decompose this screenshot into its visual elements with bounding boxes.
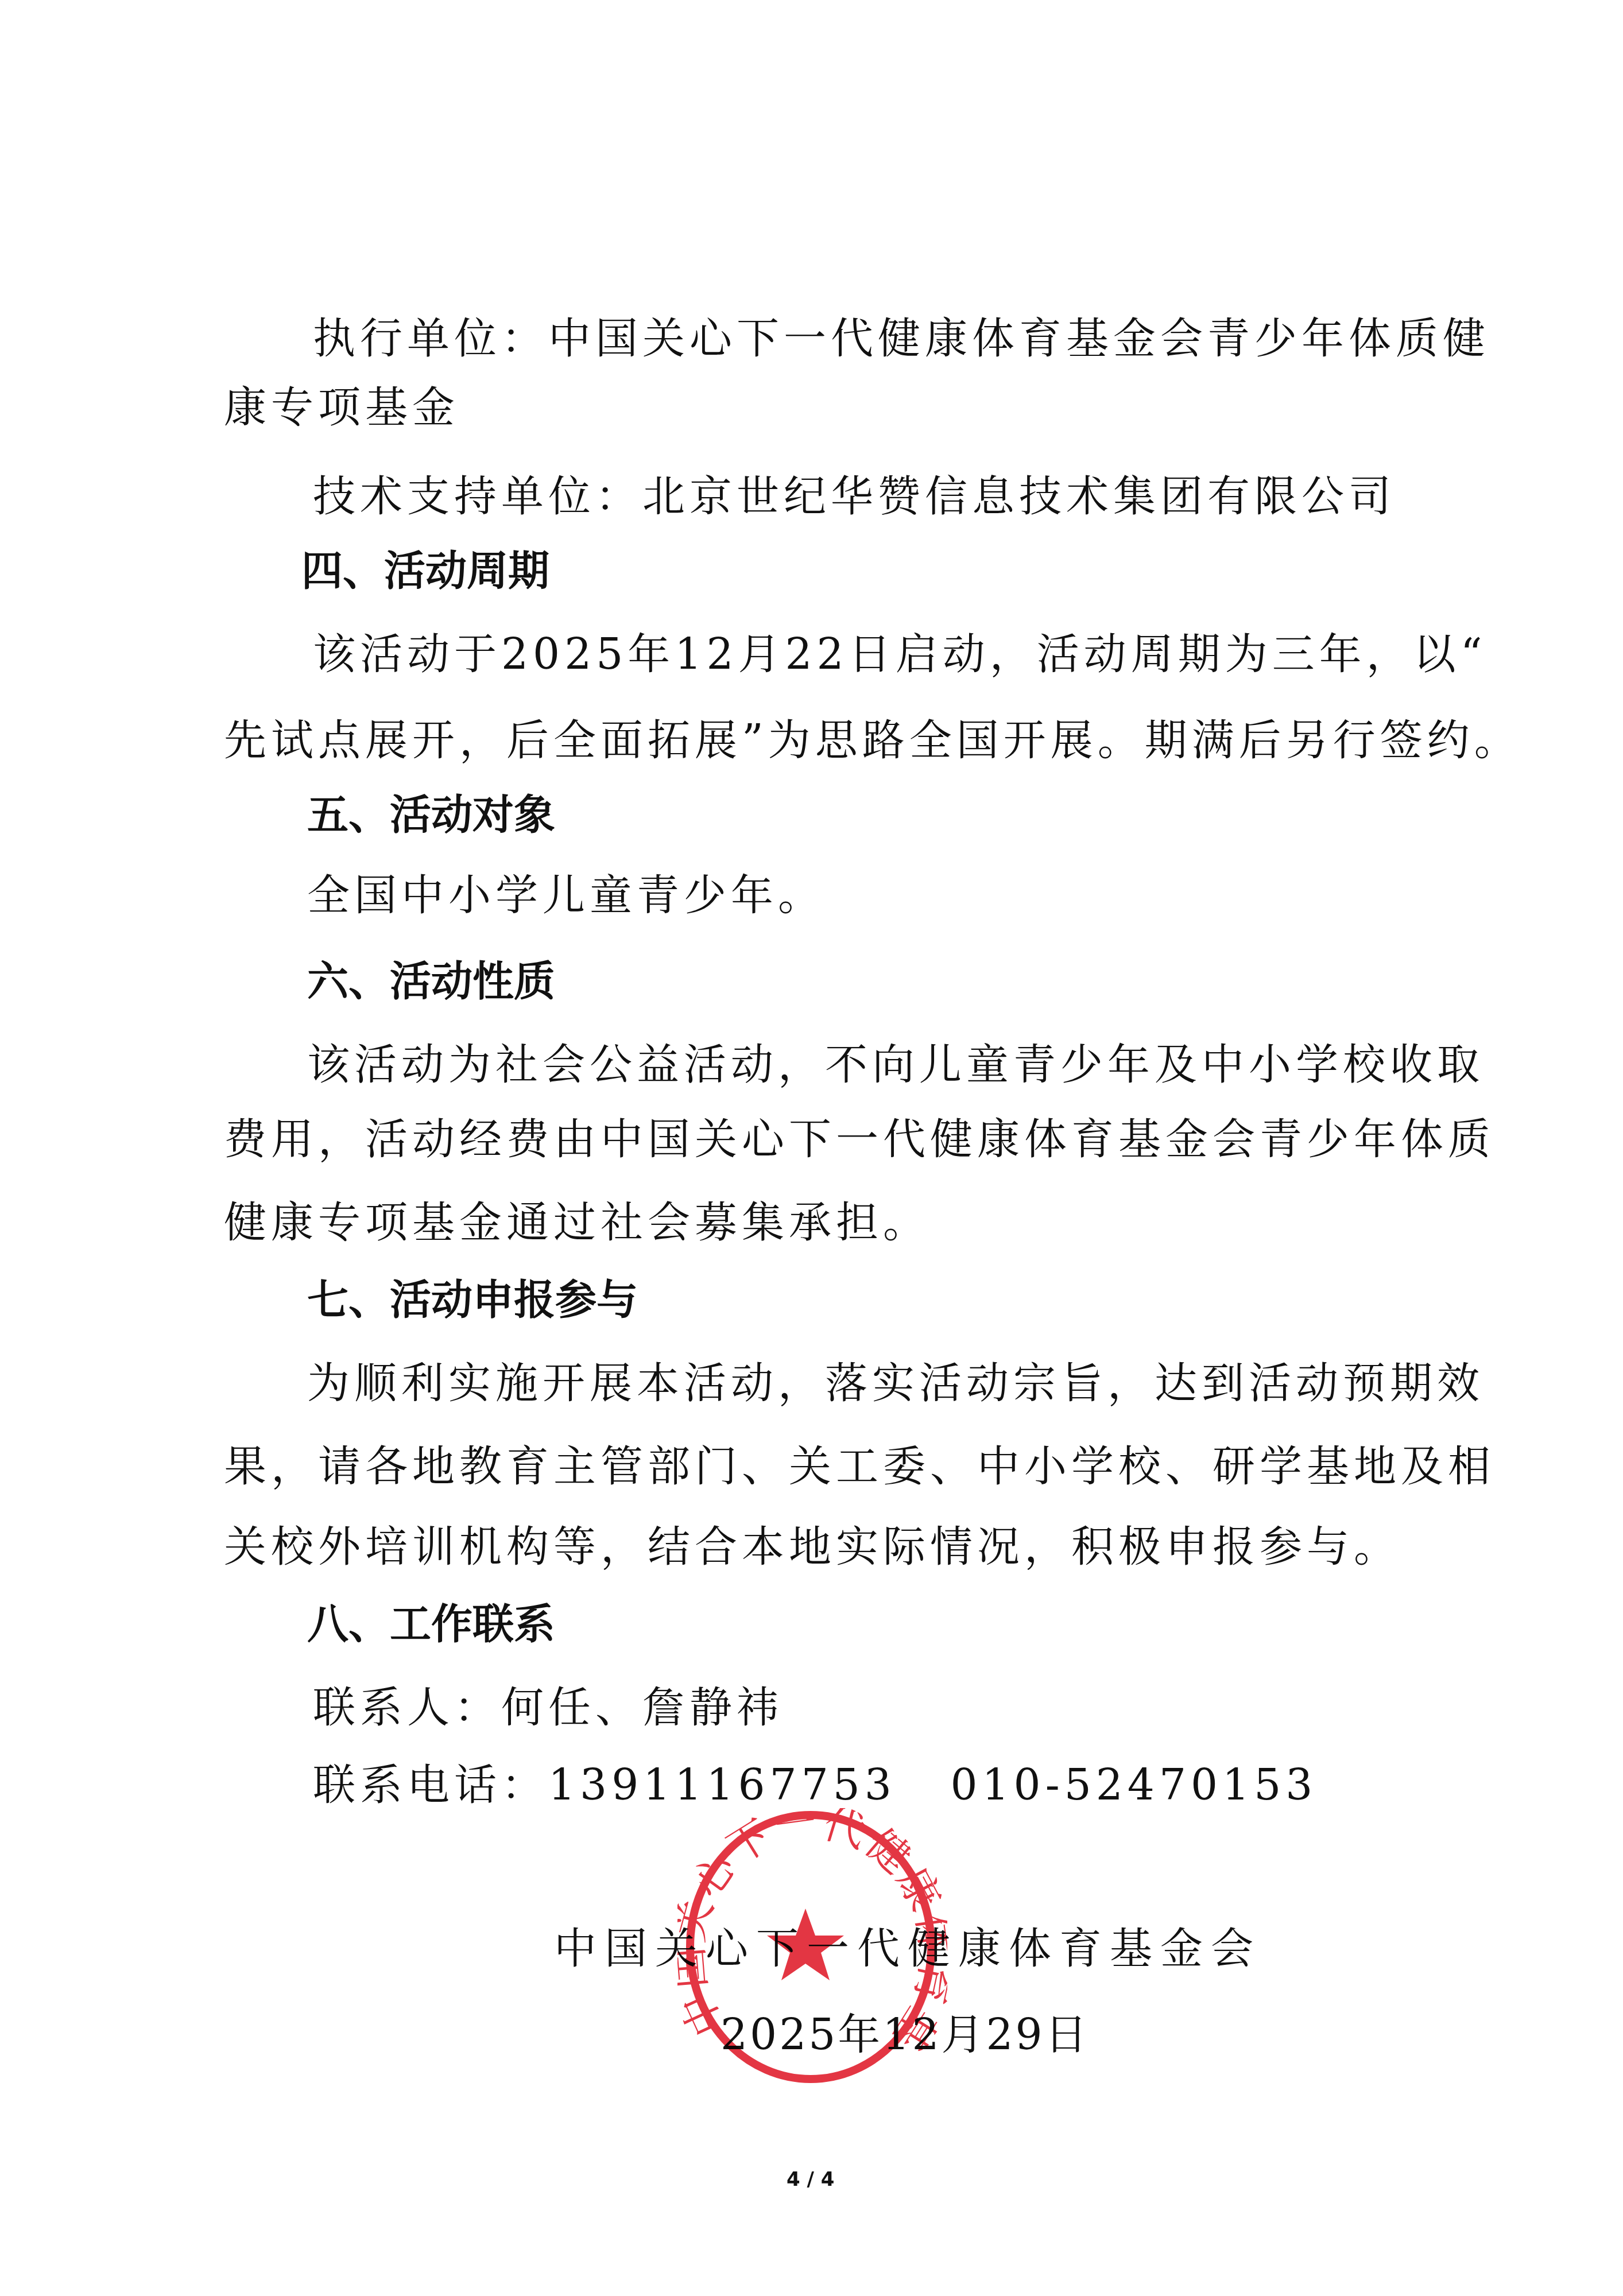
paragraph-line: 先试点展开，后全面拓展”为思路全国开展。期满后另行签约。 <box>224 719 1421 762</box>
section-heading-contact: 八、工作联系 <box>307 1603 555 1645</box>
section-heading-target: 五、活动对象 <box>307 794 555 835</box>
paragraph-line: 该活动于2025年12月22日启动，活动周期为三年，以“ <box>313 633 1421 676</box>
paragraph-line: 该活动为社会公益活动，不向儿童青少年及中小学校收取 <box>307 1044 1421 1086</box>
contact-person-line: 联系人：何任、詹静祎 <box>313 1686 784 1729</box>
paragraph-line: 为顺利实施开展本活动，落实活动宗旨，达到活动预期效 <box>307 1362 1421 1405</box>
star-icon <box>767 1909 844 1980</box>
executor-line-continued: 康专项基金 <box>224 386 459 429</box>
official-seal-stamp: 中国关心下一代健康体育基金会 <box>677 1808 947 2089</box>
paragraph-line: 关校外培训机构等，结合本地实际情况，积极申报参与。 <box>224 1526 1401 1568</box>
section-heading-application: 七、活动申报参与 <box>307 1279 638 1320</box>
paragraph-line: 果，请各地教育主管部门、关工委、中小学校、研学基地及相 <box>224 1445 1421 1488</box>
paragraph-line: 费用，活动经费由中国关心下一代健康体育基金会青少年体质 <box>224 1118 1421 1161</box>
contact-phone-line: 联系电话：13911167753 010-52470153 <box>313 1764 1317 1806</box>
tech-support-line: 技术支持单位：北京世纪华赞信息技术集团有限公司 <box>313 475 1396 518</box>
paragraph-line: 全国中小学儿童青少年。 <box>307 874 825 917</box>
section-heading-nature: 六、活动性质 <box>307 960 555 1002</box>
document-page: 执行单位：中国关心下一代健康体育基金会青少年体质健 康专项基金 技术支持单位：北… <box>0 0 1623 2296</box>
page-number: 4 / 4 <box>787 2170 834 2189</box>
section-heading-cycle: 四、活动周期 <box>301 550 549 591</box>
executor-line: 执行单位：中国关心下一代健康体育基金会青少年体质健 <box>313 317 1421 360</box>
paragraph-line: 健康专项基金通过社会募集承担。 <box>224 1201 930 1244</box>
